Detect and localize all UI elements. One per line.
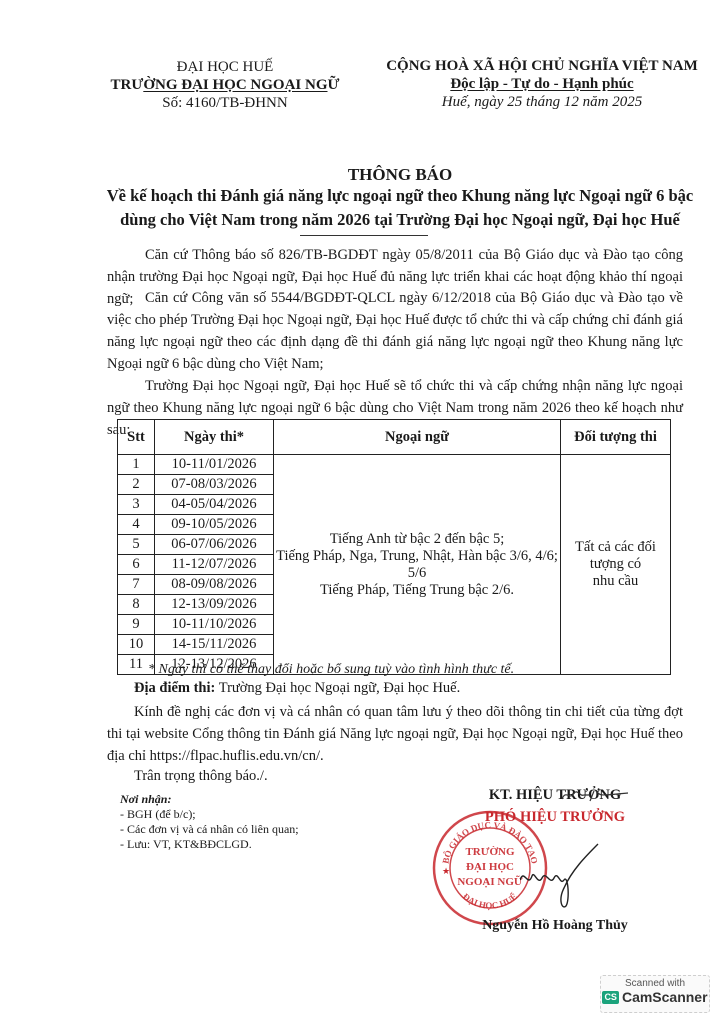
table-header-row: Stt Ngày thi* Ngoại ngữ Đối tượng thi	[118, 420, 671, 455]
paragraph-basis-2: Căn cứ Công văn số 5544/BGDĐT-QLCL ngày …	[107, 287, 683, 375]
recipient-item: - Lưu: VT, KT&BĐCLGD.	[120, 837, 299, 852]
recipient-item: - BGH (để b/c);	[120, 807, 299, 822]
svg-text:TRƯỜNG: TRƯỜNG	[465, 846, 515, 858]
initials-signature-icon	[560, 787, 630, 803]
row-exam-date: 06-07/06/2026	[155, 535, 274, 555]
svg-text:★: ★	[442, 866, 450, 876]
header-exam-date: Ngày thi*	[155, 420, 274, 455]
motto: Độc lập - Tự do - Hạnh phúc	[372, 75, 712, 93]
target-cell: Tất cả các đốitượng cónhu cầu	[561, 455, 671, 675]
handwritten-signature-icon	[520, 840, 600, 910]
signer-name: Nguyễn Hồ Hoàng Thủy	[420, 918, 690, 934]
closing-line: Trân trọng thông báo./.	[134, 768, 268, 785]
paragraph-request: Kính đề nghị các đơn vị và cá nhân có qu…	[107, 701, 683, 767]
row-stt: 9	[118, 615, 155, 635]
row-stt: 5	[118, 535, 155, 555]
issuer-block: ĐẠI HỌC HUẾ TRƯỜNG ĐẠI HỌC NGOẠI NGỮ Số:…	[100, 58, 350, 112]
row-exam-date: 08-09/08/2026	[155, 575, 274, 595]
row-exam-date: 09-10/05/2026	[155, 515, 274, 535]
svg-text:ĐẠI HỌC: ĐẠI HỌC	[466, 861, 514, 873]
row-stt: 6	[118, 555, 155, 575]
header-target: Đối tượng thi	[561, 420, 671, 455]
issue-date: Huế, ngày 25 tháng 12 năm 2025	[372, 93, 712, 111]
header-language: Ngoại ngữ	[274, 420, 561, 455]
row-exam-date: 14-15/11/2026	[155, 635, 274, 655]
parent-organization: ĐẠI HỌC HUẾ	[100, 58, 350, 76]
document-title: THÔNG BÁO	[100, 165, 700, 185]
recipient-item: - Các đơn vị và cá nhân có liên quan;	[120, 822, 299, 837]
camscanner-brand: CamScanner	[622, 989, 708, 1005]
signer-title: PHÓ HIỆU TRƯỞNG	[420, 809, 690, 826]
row-exam-date: 11-12/07/2026	[155, 555, 274, 575]
header-stt: Stt	[118, 420, 155, 455]
row-stt: 10	[118, 635, 155, 655]
row-exam-date: 12-13/09/2026	[155, 595, 274, 615]
national-header: CỘNG HOÀ XÃ HỘI CHỦ NGHĨA VIỆT NAM Độc l…	[372, 57, 712, 111]
row-stt: 7	[118, 575, 155, 595]
title-underline	[300, 235, 428, 236]
exam-location: Địa điểm thi: Trường Đại học Ngoại ngữ, …	[134, 680, 460, 697]
svg-text:NGOẠI NGỮ: NGOẠI NGỮ	[457, 875, 523, 888]
recipients-block: Nơi nhận: - BGH (để b/c); - Các đơn vị v…	[120, 792, 299, 852]
row-stt: 4	[118, 515, 155, 535]
row-stt: 8	[118, 595, 155, 615]
date-change-note: * Ngày thi có thể thay đổi hoặc bổ sung …	[148, 662, 514, 678]
signer-authority: KT. HIỆU TRƯỞNG	[420, 787, 690, 804]
organization-name: TRƯỜNG ĐẠI HỌC NGOẠI NGỮ	[100, 76, 350, 94]
camscanner-watermark: Scanned with CS CamScanner	[600, 975, 710, 1013]
row-stt: 1	[118, 455, 155, 475]
exam-schedule-table: Stt Ngày thi* Ngoại ngữ Đối tượng thi 11…	[117, 419, 671, 675]
languages-cell: Tiếng Anh từ bậc 2 đến bậc 5;Tiếng Pháp,…	[274, 455, 561, 675]
row-exam-date: 10-11/01/2026	[155, 455, 274, 475]
document-subtitle: Về kế hoạch thi Đánh giá năng lực ngoại …	[100, 184, 700, 232]
row-exam-date: 10-11/10/2026	[155, 615, 274, 635]
table-row: 110-11/01/2026Tiếng Anh từ bậc 2 đến bậc…	[118, 455, 671, 475]
signature-block: KT. HIỆU TRƯỞNG PHÓ HIỆU TRƯỞNG Nguyễn H…	[420, 787, 690, 826]
row-exam-date: 07-08/03/2026	[155, 475, 274, 495]
recipients-heading: Nơi nhận:	[120, 792, 299, 807]
country-name: CỘNG HOÀ XÃ HỘI CHỦ NGHĨA VIỆT NAM	[372, 57, 712, 75]
row-exam-date: 04-05/04/2026	[155, 495, 274, 515]
camscanner-logo-icon: CS	[602, 991, 619, 1004]
svg-text:ĐẠI HỌC HUẾ: ĐẠI HỌC HUẾ	[461, 891, 519, 910]
row-stt: 2	[118, 475, 155, 495]
document-number: Số: 4160/TB-ĐHNN	[100, 94, 350, 112]
row-stt: 3	[118, 495, 155, 515]
